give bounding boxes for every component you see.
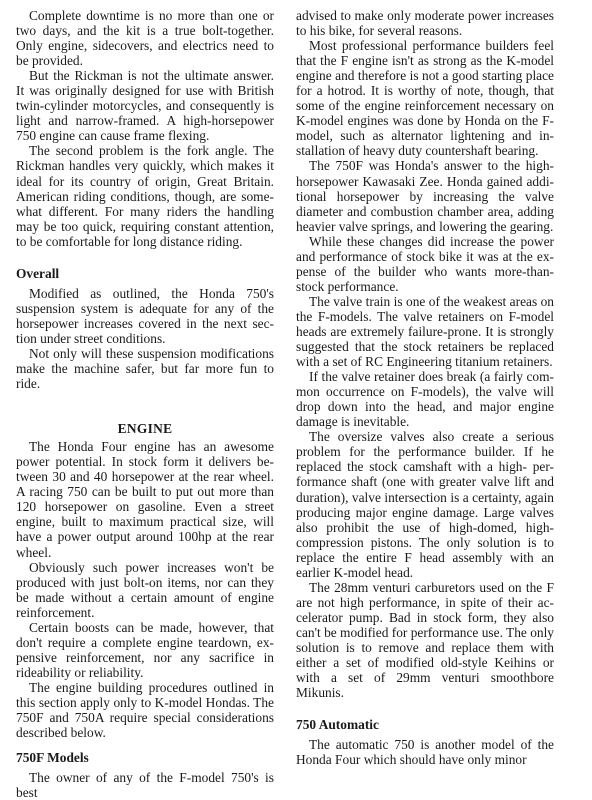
paragraph: Certain boosts can be made, however, tha… [16,620,274,680]
paragraph: The owner of any of the F-model 750's is… [16,770,274,800]
paragraph: Complete downtime is no more than one or… [16,8,274,68]
subheading-750f-models: 750F Models [16,750,274,765]
paragraph: While these changes did increase the pow… [296,234,554,294]
section-heading-engine: ENGINE [16,421,274,436]
paragraph: If the valve retainer does break (a fair… [296,369,554,429]
paragraph: The automatic 750 is another model of th… [296,737,554,767]
paragraph: advised to make only moderate power incr… [296,8,554,38]
paragraph: The engine building procedures outlined … [16,680,274,740]
paragraph: Obviously such power increases won't be … [16,560,274,620]
left-column: Complete downtime is no more than one or… [16,8,274,800]
paragraph: Not only will these suspension modificat… [16,346,274,391]
paragraph: The Honda Four engine has an awesome pow… [16,439,274,559]
paragraph: The oversize valves also create a seriou… [296,429,554,579]
right-column: advised to make only moderate power incr… [296,8,554,767]
paragraph: The valve train is one of the weakest ar… [296,294,554,369]
paragraph: The 28mm venturi carburetors used on the… [296,580,554,700]
subheading-750-automatic: 750 Automatic [296,717,554,732]
paragraph: Modified as outlined, the Honda 750's su… [16,286,274,346]
paragraph: The 750F was Honda's answer to the high-… [296,158,554,233]
subheading-overall: Overall [16,266,274,281]
paragraph: Most professional performance builders f… [296,38,554,158]
document-page: Complete downtime is no more than one or… [0,0,592,800]
paragraph: But the Rickman is not the ultimate answ… [16,68,274,143]
paragraph: The second problem is the fork angle. Th… [16,143,274,248]
